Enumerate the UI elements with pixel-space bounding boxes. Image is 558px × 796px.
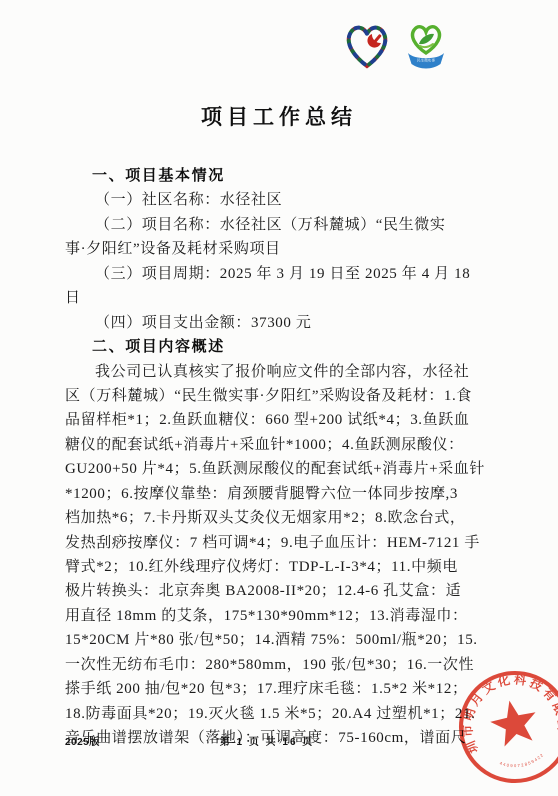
section-heading: 一、项目基本情况: [65, 164, 497, 188]
body-line: 15*20CM 片*80 张/包*50；14.酒精 75%：500ml/瓶*20…: [65, 628, 497, 652]
page-number: 第 1 页 共 16 页: [65, 733, 469, 748]
document-title: 项目工作总结: [65, 101, 493, 131]
body-line: GU200+50 片*4；5.鱼跃测尿酸仪的配套试纸+消毒片+采血针: [65, 457, 497, 481]
document-body: 一、项目基本情况 （一）社区名称：水径社区 （二）项目名称：水径社区（万科麓城）…: [65, 164, 497, 751]
body-line: 品留样柜*1；2.鱼跃血糖仪：660 型+200 试纸*4；3.鱼跃血: [65, 408, 497, 432]
section-heading: 二、项目内容概述: [65, 335, 497, 359]
body-line: 糖仪的配套试纸+消毒片+采血针*1000；4.鱼跃测尿酸仪：: [65, 433, 497, 457]
party-heart-logo-icon: [342, 20, 392, 76]
body-line: 臂式*2；10.红外线理疗仪烤灯：TDP-L-I-3*4；11.中频电: [65, 555, 497, 579]
body-line: 档加热*6；7.卡丹斯双头艾灸仪无烟家用*2；8.欧念台式，: [65, 506, 497, 530]
header-logos: 民生微实事: [342, 20, 451, 76]
document-page: 民生微实事 项目工作总结 一、项目基本情况 （一）社区名称：水径社区 （二）项目…: [0, 0, 558, 796]
logo-banner-text: 民生微实事: [417, 58, 435, 63]
hammer-sickle-icon: [367, 34, 381, 48]
body-line: 用直径 18mm 的艾条，175*130*90mm*12；13.消毒湿巾：: [65, 604, 497, 628]
body-line: 极片转换头：北京奔奥 BA2008-II*20；12.4-6 孔艾盒：适: [65, 579, 497, 603]
body-line: （一）社区名称：水径社区: [65, 188, 497, 212]
body-line: （二）项目名称：水径社区（万科麓城）“民生微实: [65, 213, 497, 237]
body-line: 日: [65, 286, 497, 310]
page-footer: 2025版 第 1 页 共 16 页: [65, 732, 493, 748]
body-line: 发热刮痧按摩仪：7 档可调*4；9.电子血压计：HEM-7121 手: [65, 531, 497, 555]
minsheng-heart-logo-icon: 民生微实事: [401, 20, 451, 76]
body-line: （三）项目周期：2025 年 3 月 19 日至 2025 年 4 月 18: [65, 262, 497, 286]
body-line: 我公司已认真核实了报价响应文件的全部内容，水径社: [65, 360, 497, 384]
body-line: （四）项目支出金额：37300 元: [65, 311, 497, 335]
body-line: 搽手纸 200 抽/包*20 包*3；17.理疗床毛毯：1.5*2 米*12；: [65, 677, 497, 701]
body-line: 区（万科麓城）“民生微实事·夕阳红”采购设备及耗材：1.食: [65, 384, 497, 408]
body-line: 一次性无纺布毛巾：280*580mm，190 张/包*30；16.一次性: [65, 653, 497, 677]
stamp-serial-text: 4409072859422: [498, 751, 546, 772]
svg-text:4409072859422: 4409072859422: [498, 751, 546, 772]
body-line: *1200；6.按摩仪靠垫：肩颈腰背腿臀六位一体同步按摩,3: [65, 482, 497, 506]
body-line: 事·夕阳红”设备及耗材采购项目: [65, 237, 497, 261]
body-line: 18.防毒面具*20；19.灭火毯 1.5 米*5；20.A4 过塑机*1；21…: [65, 702, 497, 726]
